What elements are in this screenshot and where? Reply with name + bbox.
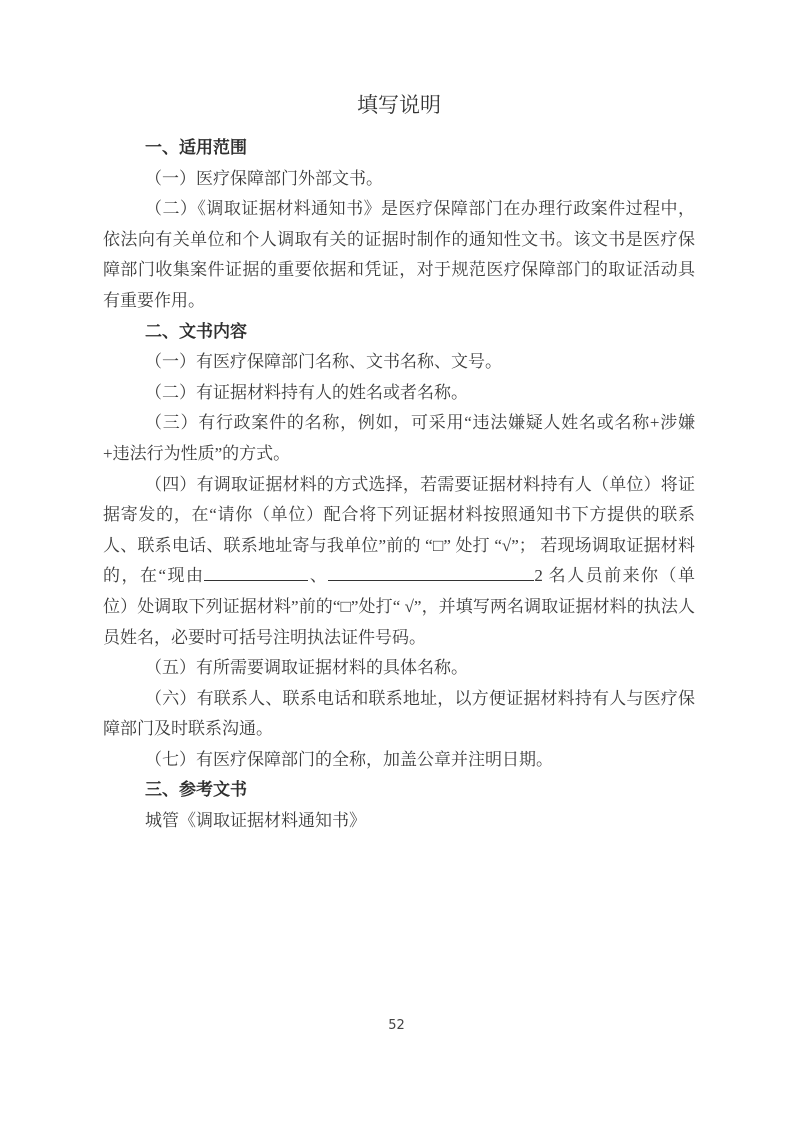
section-2-paragraph-7: （七）有医疗保障部门的全称，加盖公章并注明日期。	[103, 745, 695, 776]
page-number: 52	[0, 1018, 793, 1033]
blank-underline-1	[204, 564, 308, 581]
paragraph-4-blank-separator: 、	[308, 566, 328, 585]
section-3-paragraph-1: 城管《调取证据材料通知书》	[103, 806, 695, 837]
section-2-paragraph-3: （三）有行政案件的名称，例如，可采用“违法嫌疑人姓名或名称+涉嫌+违法行为性质”…	[103, 408, 695, 469]
document-page: 填写说明 一、适用范围 （一）医疗保障部门外部文书。 （二）《调取证据材料通知书…	[0, 0, 793, 1122]
section-2-paragraph-5: （五）有所需要调取证据材料的具体名称。	[103, 653, 695, 684]
section-2-heading: 二、文书内容	[103, 317, 695, 348]
section-reference: 三、参考文书 城管《调取证据材料通知书》	[103, 775, 695, 836]
section-1-paragraph-1: （一）医疗保障部门外部文书。	[103, 164, 695, 195]
blank-underline-2	[328, 564, 534, 581]
section-3-heading: 三、参考文书	[103, 775, 695, 806]
document-body: 填写说明 一、适用范围 （一）医疗保障部门外部文书。 （二）《调取证据材料通知书…	[103, 90, 695, 837]
section-1-paragraph-2: （二）《调取证据材料通知书》是医疗保障部门在办理行政案件过程中，依法向有关单位和…	[103, 194, 695, 316]
section-2-paragraph-2: （二）有证据材料持有人的姓名或者名称。	[103, 378, 695, 409]
section-document-content: 二、文书内容 （一）有医疗保障部门名称、文书名称、文号。 （二）有证据材料持有人…	[103, 317, 695, 776]
section-2-paragraph-1: （一）有医疗保障部门名称、文书名称、文号。	[103, 347, 695, 378]
section-1-heading: 一、适用范围	[103, 133, 695, 164]
section-2-paragraph-4: （四）有调取证据材料的方式选择，若需要证据材料持有人（单位）将证据寄发的，在“请…	[103, 470, 695, 654]
section-scope: 一、适用范围 （一）医疗保障部门外部文书。 （二）《调取证据材料通知书》是医疗保…	[103, 133, 695, 317]
section-2-paragraph-6: （六）有联系人、联系电话和联系地址，以方便证据材料持有人与医疗保障部门及时联系沟…	[103, 684, 695, 745]
page-title: 填写说明	[103, 90, 695, 120]
